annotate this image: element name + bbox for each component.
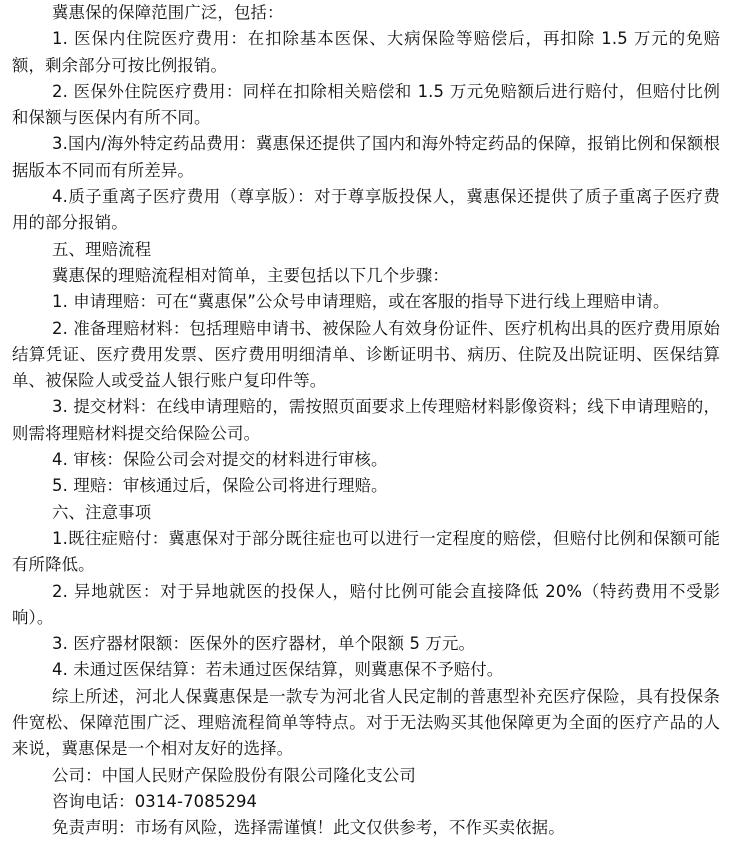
claims-intro: 冀惠保的理赔流程相对简单，主要包括以下几个步骤： (12, 263, 720, 289)
note-item-3: 3. 医疗器材限额：医保外的医疗器材，单个限额 5 万元。 (12, 631, 720, 657)
section-heading-claims: 五、理赔流程 (12, 237, 720, 263)
company-line: 公司：中国人民财产保险股份有限公司隆化支公司 (12, 763, 720, 789)
coverage-item-2: 2. 医保外住院医疗费用：同样在扣除相关赔偿和 1.5 万元免赔额后进行赔付，但… (12, 79, 720, 132)
note-item-4: 4. 未通过医保结算：若未通过医保结算，则冀惠保不予赔付。 (12, 657, 720, 683)
coverage-item-3: 3.国内/海外特定药品费用：冀惠保还提供了国内和海外特定药品的保障，报销比例和保… (12, 131, 720, 184)
coverage-item-1: 1. 医保内住院医疗费用：在扣除基本医保、大病保险等赔偿后，再扣除 1.5 万元… (12, 26, 720, 79)
article-body: 冀惠保的保障范围广泛，包括： 1. 医保内住院医疗费用：在扣除基本医保、大病保险… (12, 0, 720, 842)
claims-step-2: 2. 准备理赔材料：包括理赔申请书、被保险人有效身份证件、医疗机构出具的医疗费用… (12, 316, 720, 395)
section-heading-notes: 六、注意事项 (12, 500, 720, 526)
coverage-item-4: 4.质子重离子医疗费用（尊享版）：对于尊享版投保人，冀惠保还提供了质子重离子医疗… (12, 184, 720, 237)
note-item-2: 2. 异地就医：对于异地就医的投保人，赔付比例可能会直接降低 20%（特药费用不… (12, 579, 720, 632)
claims-step-3: 3. 提交材料：在线申请理赔的，需按照页面要求上传理赔材料影像资料；线下申请理赔… (12, 394, 720, 447)
coverage-intro: 冀惠保的保障范围广泛，包括： (12, 0, 720, 26)
note-item-1: 1.既往症赔付：冀惠保对于部分既往症也可以进行一定程度的赔偿，但赔付比例和保额可… (12, 526, 720, 579)
claims-step-4: 4. 审核：保险公司会对提交的材料进行审核。 (12, 447, 720, 473)
claims-step-5: 5. 理赔：审核通过后，保险公司将进行理赔。 (12, 473, 720, 499)
disclaimer-line: 免责声明：市场有风险，选择需谨慎！此文仅供参考，不作买卖依据。 (12, 815, 720, 841)
claims-step-1: 1. 申请理赔：可在“冀惠保”公众号申请理赔，或在客服的指导下进行线上理赔申请。 (12, 289, 720, 315)
summary-paragraph: 综上所述，河北人保冀惠保是一款专为河北省人民定制的普惠型补充医疗保险，具有投保条… (12, 684, 720, 763)
phone-line: 咨询电话：0314-7085294 (12, 789, 720, 815)
